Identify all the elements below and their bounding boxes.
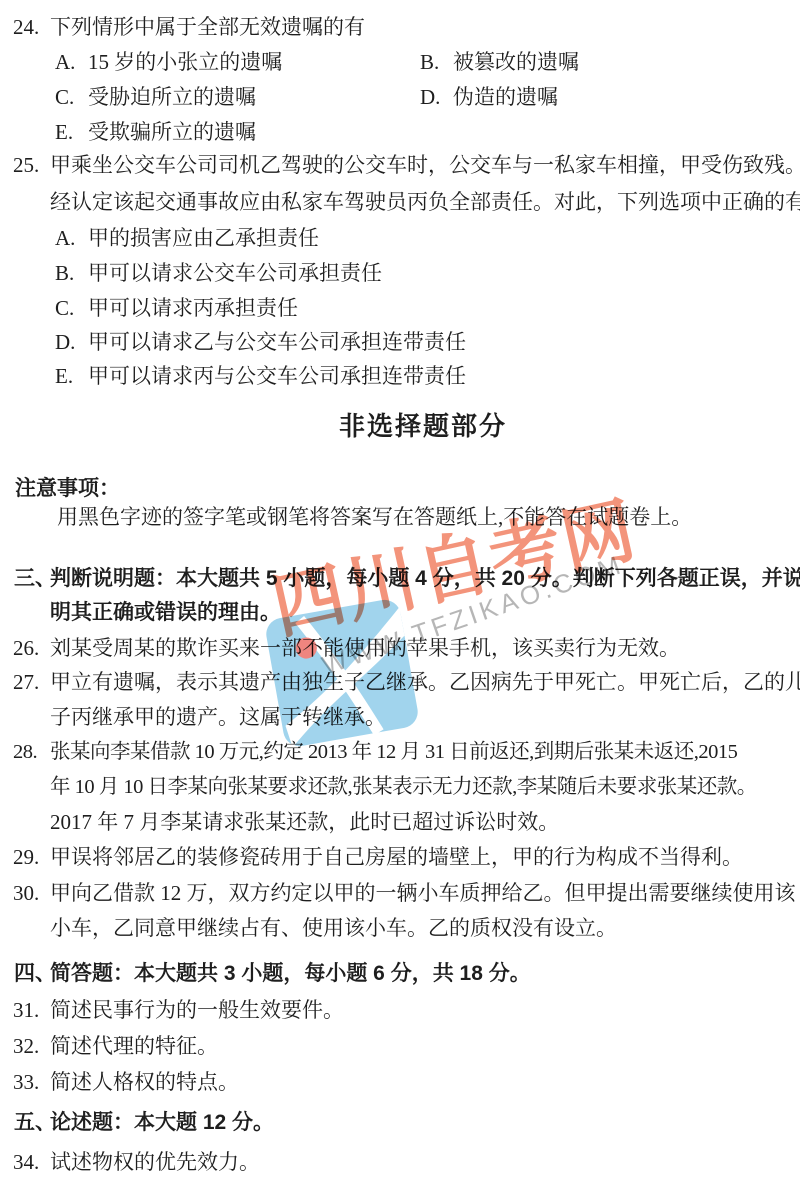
option-24-d: D.伪造的遗嘱 <box>420 80 558 115</box>
exam-paper-page: 24.下列情形中属于全部无效遗嘱的有 A.15 岁的小张立的遗嘱 B.被篡改的遗… <box>0 0 800 1191</box>
question-32-number: 32. <box>13 1029 50 1064</box>
question-28-number: 28. <box>13 735 50 770</box>
question-31-number: 31. <box>13 993 50 1028</box>
option-24-d-text: 伪造的遗嘱 <box>453 85 558 109</box>
question-27-number: 27. <box>13 665 50 700</box>
question-24-options-row-3: E.受欺骗所立的遗嘱 <box>55 115 256 150</box>
question-27-line-2: 子丙继承甲的遗产。这属于转继承。 <box>50 700 386 735</box>
option-25-c-text: 甲可以请求丙承担责任 <box>88 296 298 320</box>
question-25-stem-line-1: 25.甲乘坐公交车公司司机乙驾驶的公交车时，公交车与一私家车相撞，甲受伤致残。 <box>13 148 800 183</box>
question-33-number: 33. <box>13 1065 50 1100</box>
question-30-number: 30. <box>13 876 50 911</box>
question-31-text: 简述民事行为的一般生效要件。 <box>50 998 344 1022</box>
question-32-text: 简述代理的特征。 <box>50 1034 218 1058</box>
notice-body: 用黑色字迹的签字笔或钢笔将答案写在答题纸上,不能答在试题卷上。 <box>57 500 692 535</box>
option-24-a-label: A. <box>55 45 88 80</box>
option-24-e-text: 受欺骗所立的遗嘱 <box>88 120 256 144</box>
question-25-option-d: D.甲可以请求乙与公交车公司承担连带责任 <box>55 325 466 360</box>
option-24-c-label: C. <box>55 80 88 115</box>
question-25-option-c: C.甲可以请求丙承担责任 <box>55 291 298 326</box>
section-3-heading-line-2: 明其正确或错误的理由。 <box>50 595 281 630</box>
question-27-line-1: 27.甲立有遗嘱，表示其遗产由独生子乙继承。乙因病先于甲死亡。甲死亡后，乙的儿 <box>13 665 800 700</box>
question-26: 26.刘某受周某的欺诈买来一部不能使用的苹果手机，该买卖行为无效。 <box>13 631 680 666</box>
question-30-line-1: 30.甲向乙借款 12 万，双方约定以甲的一辆小车质押给乙。但甲提出需要继续使用… <box>13 876 796 911</box>
option-25-e-label: E. <box>55 359 88 394</box>
question-29: 29.甲误将邻居乙的装修瓷砖用于自己房屋的墙壁上，甲的行为构成不当得利。 <box>13 840 743 875</box>
question-28-text-1: 张某向李某借款 10 万元,约定 2013 年 12 月 31 日前返还,到期后… <box>50 741 737 763</box>
option-24-b: B.被篡改的遗嘱 <box>420 45 579 80</box>
section-3-label: 三、 <box>14 561 50 596</box>
question-28-line-2: 年 10 月 10 日李某向张某要求还款,张某表示无力还款,李某随后未要求张某还… <box>50 770 757 805</box>
question-24-options-row-2: C.受胁迫所立的遗嘱 D.伪造的遗嘱 <box>55 80 256 115</box>
option-25-b-text: 甲可以请求公交车公司承担责任 <box>88 261 382 285</box>
option-25-a-label: A. <box>55 221 88 256</box>
option-24-b-label: B. <box>420 45 453 80</box>
option-25-b-label: B. <box>55 256 88 291</box>
question-28-line-1: 28.张某向李某借款 10 万元,约定 2013 年 12 月 31 日前返还,… <box>13 735 737 770</box>
option-25-e-text: 甲可以请求丙与公交车公司承担连带责任 <box>88 364 466 388</box>
question-25-stem-line-2: 经认定该起交通事故应由私家车驾驶员丙负全部责任。对此，下列选项中正确的有 <box>50 185 800 220</box>
question-27-text-1: 甲立有遗嘱，表示其遗产由独生子乙继承。乙因病先于甲死亡。甲死亡后，乙的儿 <box>50 670 800 694</box>
section-5-label: 五、 <box>14 1105 50 1140</box>
question-34-text: 试述物权的优先效力。 <box>50 1150 260 1174</box>
question-24-number: 24. <box>13 10 50 45</box>
option-24-c-text: 受胁迫所立的遗嘱 <box>88 85 256 109</box>
question-33-text: 简述人格权的特点。 <box>50 1070 239 1094</box>
question-25-option-e: E.甲可以请求丙与公交车公司承担连带责任 <box>55 359 466 394</box>
option-25-d-text: 甲可以请求乙与公交车公司承担连带责任 <box>88 330 466 354</box>
question-24-stem: 24.下列情形中属于全部无效遗嘱的有 <box>13 10 365 45</box>
question-34: 34.试述物权的优先效力。 <box>13 1145 260 1180</box>
question-33: 33.简述人格权的特点。 <box>13 1065 239 1100</box>
question-25-stem-text-1: 甲乘坐公交车公司司机乙驾驶的公交车时，公交车与一私家车相撞，甲受伤致残。 <box>50 153 800 177</box>
question-24-stem-text: 下列情形中属于全部无效遗嘱的有 <box>50 15 365 39</box>
question-32: 32.简述代理的特征。 <box>13 1029 218 1064</box>
question-30-text-1: 甲向乙借款 12 万，双方约定以甲的一辆小车质押给乙。但甲提出需要继续使用该 <box>50 881 796 905</box>
option-25-a-text: 甲的损害应由乙承担责任 <box>88 226 319 250</box>
option-25-c-label: C. <box>55 291 88 326</box>
question-26-text: 刘某受周某的欺诈买来一部不能使用的苹果手机，该买卖行为无效。 <box>50 636 680 660</box>
question-26-number: 26. <box>13 631 50 666</box>
question-25-option-a: A.甲的损害应由乙承担责任 <box>55 221 319 256</box>
section-5-heading-text: 论述题：本大题 12 分。 <box>50 1111 274 1134</box>
question-29-text: 甲误将邻居乙的装修瓷砖用于自己房屋的墙壁上，甲的行为构成不当得利。 <box>50 845 743 869</box>
option-24-e-label: E. <box>55 115 88 150</box>
question-31: 31.简述民事行为的一般生效要件。 <box>13 993 344 1028</box>
page-section-title: 非选择题部分 <box>23 408 800 444</box>
option-24-a-text: 15 岁的小张立的遗嘱 <box>88 50 282 74</box>
section-3-heading-line-1: 三、判断说明题：本大题共 5 小题，每小题 4 分，共 20 分。判断下列各题正… <box>14 561 800 596</box>
section-4-label: 四、 <box>14 956 50 991</box>
section-5-heading: 五、论述题：本大题 12 分。 <box>14 1105 274 1140</box>
option-25-d-label: D. <box>55 325 88 360</box>
question-25-option-b: B.甲可以请求公交车公司承担责任 <box>55 256 382 291</box>
question-34-number: 34. <box>13 1145 50 1180</box>
question-25-number: 25. <box>13 148 50 183</box>
question-30-line-2: 小车，乙同意甲继续占有、使用该小车。乙的质权没有设立。 <box>50 911 617 946</box>
section-3-heading-text-1: 判断说明题：本大题共 5 小题，每小题 4 分，共 20 分。判断下列各题正误，… <box>50 567 800 590</box>
section-4-heading-text: 简答题：本大题共 3 小题，每小题 6 分，共 18 分。 <box>50 962 531 985</box>
question-24-options-row-1: A.15 岁的小张立的遗嘱 B.被篡改的遗嘱 <box>55 45 282 80</box>
option-24-d-label: D. <box>420 80 453 115</box>
question-28-line-3: 2017 年 7 月李某请求张某还款，此时已超过诉讼时效。 <box>50 805 559 840</box>
option-24-b-text: 被篡改的遗嘱 <box>453 50 579 74</box>
section-4-heading: 四、简答题：本大题共 3 小题，每小题 6 分，共 18 分。 <box>14 956 531 991</box>
question-25-stem-text-2: 经认定该起交通事故应由私家车驾驶员丙负全部责任。对此，下列选项中正确的有 <box>50 190 800 214</box>
question-29-number: 29. <box>13 840 50 875</box>
